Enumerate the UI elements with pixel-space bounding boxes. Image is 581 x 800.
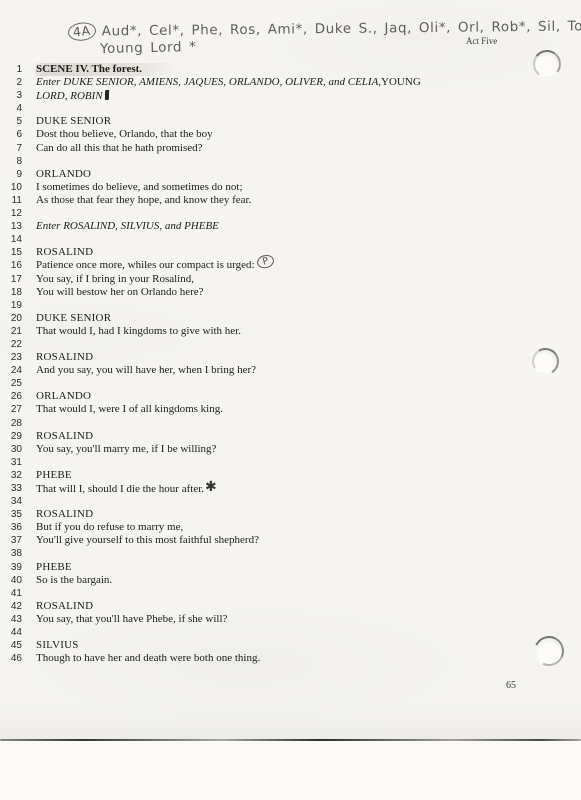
script-line: 12 (0, 207, 581, 220)
line-number: 29 (0, 430, 22, 443)
script-line: 29ROSALIND (0, 430, 581, 443)
script-line: 26ORLANDO (0, 390, 581, 403)
line-text: I sometimes do believe, and sometimes do… (36, 181, 243, 194)
line-number: 5 (0, 115, 22, 128)
line-number: 12 (0, 207, 22, 220)
script-line: 18You will bestow her on Orlando here? (0, 286, 581, 299)
line-number: 34 (0, 495, 22, 508)
script-line: 23ROSALIND (0, 351, 581, 364)
line-text: Can do all this that he hath promised? (36, 142, 203, 155)
line-text: But if you do refuse to marry me, (36, 521, 183, 534)
script-line: 40So is the bargain. (0, 574, 581, 587)
line-number: 15 (0, 246, 22, 259)
script-line: 28 (0, 417, 581, 430)
line-number: 11 (0, 194, 22, 207)
handwritten-asterisk: ✱ (205, 481, 217, 494)
line-number: 24 (0, 364, 22, 377)
script-line: 45SILVIUS (0, 639, 581, 652)
line-number: 14 (0, 233, 22, 246)
script-line: 10I sometimes do believe, and sometimes … (0, 181, 581, 194)
line-text: You say, if I bring in your Rosalind, (36, 273, 194, 286)
line-text: ROSALIND (36, 600, 93, 613)
script-line: 15ROSALIND (0, 246, 581, 259)
line-text: That would I, were I of all kingdoms kin… (36, 403, 223, 416)
script-line: 34 (0, 495, 581, 508)
line-text: So is the bargain. (36, 574, 112, 587)
line-number: 38 (0, 547, 22, 560)
line-text: Patience once more, whiles our compact i… (36, 259, 275, 272)
script-line: 8 (0, 155, 581, 168)
script-line: 39PHEBE (0, 561, 581, 574)
script-line: 37You'll give yourself to this most fait… (0, 534, 581, 547)
script-line: 19 (0, 299, 581, 312)
line-number: 28 (0, 417, 22, 430)
line-number: 21 (0, 325, 22, 338)
line-text: PHEBE (36, 561, 72, 574)
line-text: That would I, had I kingdoms to give wit… (36, 325, 241, 338)
line-text: ROSALIND (36, 430, 93, 443)
line-number: 44 (0, 626, 22, 639)
script-line: 14 (0, 233, 581, 246)
script-line: 11As those that fear they hope, and know… (0, 194, 581, 207)
line-number: 39 (0, 561, 22, 574)
script-line: 27That would I, were I of all kingdoms k… (0, 403, 581, 416)
line-text: And you say, you will have her, when I b… (36, 364, 256, 377)
page-edge-line (0, 739, 581, 741)
line-number: 16 (0, 259, 22, 272)
script-line: 16Patience once more, whiles our compact… (0, 259, 581, 272)
line-number: 23 (0, 351, 22, 364)
line-text: Dost thou believe, Orlando, that the boy (36, 128, 213, 141)
line-text: DUKE SENIOR (36, 312, 111, 325)
line-number: 7 (0, 142, 22, 155)
line-text: ROSALIND (36, 508, 93, 521)
line-number: 8 (0, 155, 22, 168)
line-number: 45 (0, 639, 22, 652)
line-text: That will I, should I die the hour after… (36, 482, 217, 496)
line-text: Enter ROSALIND, SILVIUS, and PHEBE (36, 220, 219, 233)
handwritten-cast-note: 4AAud*, Cel*, Phe, Ros, Ami*, Duke S., J… (68, 17, 581, 41)
script-line: 24And you say, you will have her, when I… (0, 364, 581, 377)
script-lines: 1SCENE IV. The forest. 2Enter DUKE SENIO… (0, 63, 581, 665)
line-text: Though to have her and death were both o… (36, 652, 260, 665)
script-line: 13Enter ROSALIND, SILVIUS, and PHEBE (0, 220, 581, 233)
line-number: 36 (0, 521, 22, 534)
line-number: 22 (0, 338, 22, 351)
line-number: 37 (0, 534, 22, 547)
scene-tag-circle: 4A (67, 21, 97, 42)
line-number: 33 (0, 482, 22, 495)
line-number: 43 (0, 613, 22, 626)
line-number: 9 (0, 168, 22, 181)
line-number: 30 (0, 443, 22, 456)
script-line: 17You say, if I bring in your Rosalind, (0, 273, 581, 286)
line-number: 42 (0, 600, 22, 613)
script-line: 36But if you do refuse to marry me, (0, 521, 581, 534)
script-line: 30You say, you'll marry me, if I be will… (0, 443, 581, 456)
line-number: 26 (0, 390, 22, 403)
line-number: 41 (0, 587, 22, 600)
line-number: 4 (0, 102, 22, 115)
line-number: 3 (0, 89, 22, 102)
script-line: 42ROSALIND (0, 600, 581, 613)
script-line: 7Can do all this that he hath promised? (0, 142, 581, 155)
script-line: 32PHEBE (0, 469, 581, 482)
script-line: 43You say, that you'll have Phebe, if sh… (0, 613, 581, 626)
line-number: 46 (0, 652, 22, 665)
page-curl-shadow (0, 698, 581, 740)
line-number: 19 (0, 299, 22, 312)
line-text: You say, that you'll have Phebe, if she … (36, 613, 227, 626)
line-number: 6 (0, 128, 22, 141)
act-label: Act Five (466, 36, 497, 46)
line-text: As those that fear they hope, and know t… (36, 194, 251, 207)
line-text: ORLANDO (36, 168, 91, 181)
script-line: 41 (0, 587, 581, 600)
line-number: 35 (0, 508, 22, 521)
line-number: 13 (0, 220, 22, 233)
line-text: You'll give yourself to this most faithf… (36, 534, 259, 547)
script-line: 33That will I, should I die the hour aft… (0, 482, 581, 495)
script-line: 22 (0, 338, 581, 351)
script-line: 9ORLANDO (0, 168, 581, 181)
line-number: 31 (0, 456, 22, 469)
script-line: 31 (0, 456, 581, 469)
scanned-document: 4AAud*, Cel*, Phe, Ros, Ami*, Duke S., J… (0, 0, 581, 800)
line-text: ORLANDO (36, 390, 91, 403)
script-line: 38 (0, 547, 581, 560)
line-text: You say, you'll marry me, if I be willin… (36, 443, 216, 456)
script-line: 5DUKE SENIOR (0, 115, 581, 128)
script-line: 20DUKE SENIOR (0, 312, 581, 325)
line-number: 25 (0, 377, 22, 390)
line-text-run: YOUNG (381, 76, 421, 88)
line-number: 17 (0, 273, 22, 286)
line-number: 10 (0, 181, 22, 194)
script-line: 46Though to have her and death were both… (0, 652, 581, 665)
script-line: 25 (0, 377, 581, 390)
scanned-page: 4AAud*, Cel*, Phe, Ros, Ami*, Duke S., J… (0, 0, 581, 740)
handwritten-cast-line1: Aud*, Cel*, Phe, Ros, Ami*, Duke S., Jaq… (102, 18, 581, 39)
line-text-run: Enter DUKE SENIOR, AMIENS, JAQUES, ORLAN… (36, 76, 381, 88)
handwritten-stroke-mark (104, 90, 108, 100)
line-text: ROSALIND (36, 246, 93, 259)
line-text: LORD, ROBIN (36, 89, 108, 103)
line-number: 32 (0, 469, 22, 482)
line-text: ROSALIND (36, 351, 93, 364)
line-text: SILVIUS (36, 639, 79, 652)
line-number: 27 (0, 403, 22, 416)
line-text: PHEBE (36, 469, 72, 482)
line-number: 2 (0, 76, 22, 89)
line-text: Enter DUKE SENIOR, AMIENS, JAQUES, ORLAN… (36, 76, 421, 89)
script-line: 6Dost thou believe, Orlando, that the bo… (0, 128, 581, 141)
script-line: 2Enter DUKE SENIOR, AMIENS, JAQUES, ORLA… (0, 76, 581, 89)
line-text: DUKE SENIOR (36, 115, 111, 128)
script-line: 44 (0, 626, 581, 639)
line-number: 1 (0, 63, 22, 76)
line-text: You will bestow her on Orlando here? (36, 286, 204, 299)
script-line: 4 (0, 102, 581, 115)
page-number: 65 (506, 680, 516, 691)
script-line: 35ROSALIND (0, 508, 581, 521)
line-number: 18 (0, 286, 22, 299)
line-number: 40 (0, 574, 22, 587)
line-number: 20 (0, 312, 22, 325)
script-line: 3LORD, ROBIN (0, 89, 581, 102)
handwritten-cast-line2: Young Lord * (100, 39, 197, 57)
script-line: 21That would I, had I kingdoms to give w… (0, 325, 581, 338)
script-line: 1SCENE IV. The forest. (0, 63, 581, 76)
line-text: SCENE IV. The forest. (34, 63, 174, 76)
